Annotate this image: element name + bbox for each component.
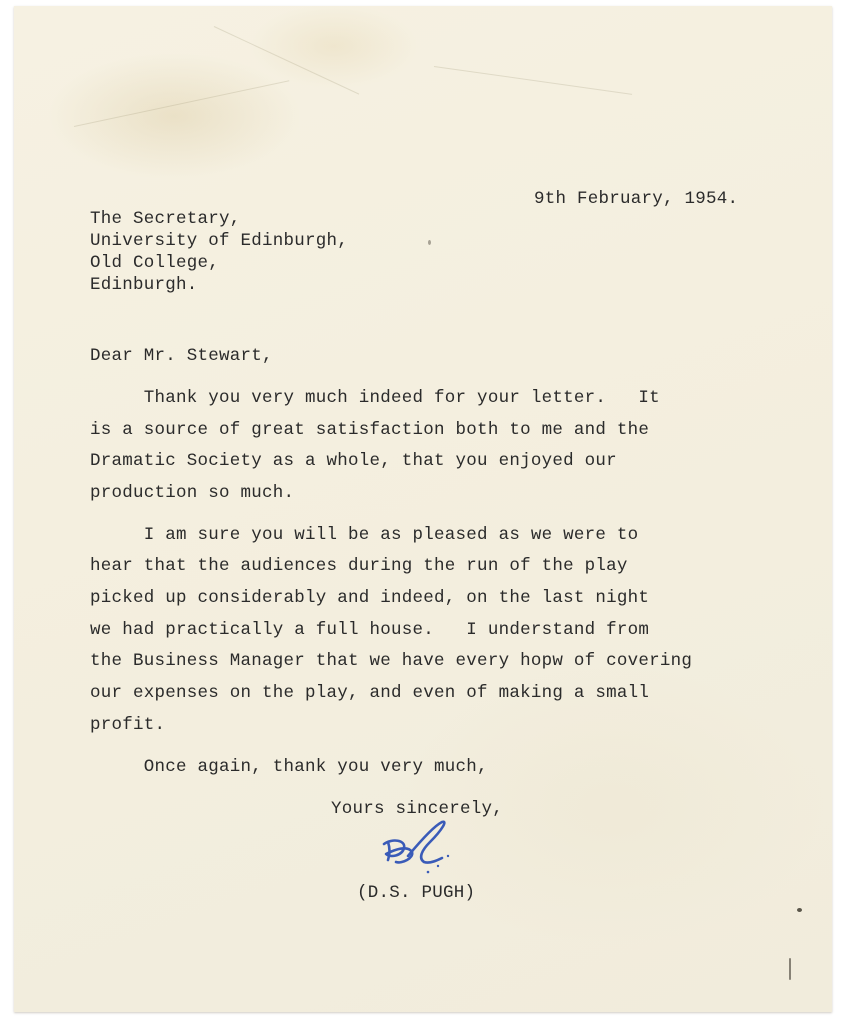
body-line: picked up considerably and indeed, on th… bbox=[90, 587, 649, 609]
salutation: Dear Mr. Stewart, bbox=[90, 345, 273, 367]
address-line: Old College, bbox=[90, 252, 219, 274]
body-line: production so much. bbox=[90, 482, 294, 504]
body-line: we had practically a full house. I under… bbox=[90, 619, 649, 641]
paper-crease bbox=[74, 80, 289, 127]
letter-date: 9th February, 1954. bbox=[534, 188, 738, 210]
address-line: University of Edinburgh, bbox=[90, 230, 348, 252]
body-line: is a source of great satisfaction both t… bbox=[90, 419, 649, 441]
body-line: Dramatic Society as a whole, that you en… bbox=[90, 450, 617, 472]
paper-speck bbox=[797, 908, 802, 912]
closing: Yours sincerely, bbox=[331, 798, 503, 820]
signature-icon bbox=[378, 818, 458, 878]
body-line: Thank you very much indeed for your lett… bbox=[90, 387, 660, 409]
signatory-name: (D.S. PUGH) bbox=[357, 882, 475, 904]
paper-crease bbox=[434, 66, 632, 95]
body-line: profit. bbox=[90, 714, 165, 736]
body-line: hear that the audiences during the run o… bbox=[90, 555, 628, 577]
paper-crease bbox=[214, 26, 359, 95]
body-line: I am sure you will be as pleased as we w… bbox=[90, 524, 638, 546]
body-line: Once again, thank you very much, bbox=[90, 756, 488, 778]
body-line: our expenses on the play, and even of ma… bbox=[90, 682, 649, 704]
body-line: the Business Manager that we have every … bbox=[90, 650, 692, 672]
address-line: The Secretary, bbox=[90, 208, 241, 230]
paper-speck bbox=[428, 240, 431, 245]
paper-mark bbox=[789, 958, 791, 980]
address-line: Edinburgh. bbox=[90, 274, 198, 296]
